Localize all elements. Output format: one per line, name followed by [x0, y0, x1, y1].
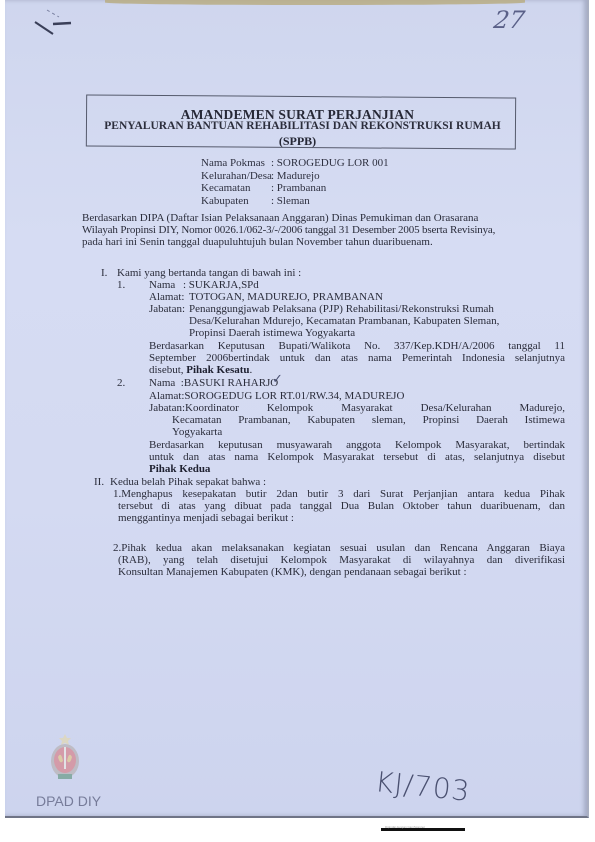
- party-1-name: : SUKARJA,SPd: [183, 279, 259, 292]
- party-2-name: Nama :BASUKI RAHARJO: [149, 377, 278, 390]
- agreement-item-1: menggantinya menjadi sebagai berikut :: [118, 512, 294, 525]
- party-2-basis: Berdasarkan keputusan musyawarah anggota…: [149, 439, 565, 452]
- party-1-name-label: Nama: [149, 279, 175, 292]
- agreement-item-1: 1.Menghapus kesepakatan butir 2dan butir…: [113, 488, 565, 501]
- agreement-item-2: (RAB), yang telah disetujui Kelompok Mas…: [118, 554, 565, 567]
- party-1-marker: 1.: [117, 279, 125, 292]
- party-2-position: Jabatan:Koordinator Kelompok Masyarakat …: [149, 402, 565, 415]
- party-2-basis: untuk dan atas nama Kelompok Masyarakat …: [149, 451, 565, 464]
- watermark-text: DPAD DIY: [36, 793, 101, 809]
- party-1-address: TOTOGAN, MADUREJO, PRAMBANAN: [189, 291, 383, 304]
- handwritten-page-number: 27: [492, 6, 526, 34]
- section-1-heading: Kami yang bertanda tangan di bawah ini :: [117, 267, 301, 280]
- party-2-basis: Pihak Kedua: [149, 463, 210, 476]
- document-subtitle: PENYALURAN BANTUAN REHABILITASI DAN REKO…: [0, 120, 595, 132]
- party-2-address: Alamat:SOROGEDUG LOR RT.01/RW.34, MADURE…: [149, 390, 404, 403]
- party-1-basis: Berdasarkan Keputusan Bupati/Walikota No…: [149, 340, 565, 353]
- section-2-marker: II.: [94, 476, 104, 489]
- handwritten-mark: [33, 8, 78, 38]
- party-1-position-label: Jabatan:: [149, 303, 185, 316]
- intro-line: Berdasarkan DIPA (Daftar Isian Pelaksana…: [82, 212, 566, 225]
- party-1-basis: September 2006bertindak untuk dan atas n…: [149, 352, 565, 365]
- pokmas-info: Nama Pokmas: SOROGEDUG LOR 001 Kelurahan…: [201, 157, 389, 207]
- party-2-position: Kecamatan Prambanan, Kabupaten sleman, P…: [172, 414, 565, 427]
- info-row: Kelurahan/Desa: Madurejo: [201, 170, 389, 183]
- party-2-marker: 2.: [117, 377, 125, 390]
- document-abbreviation: (SPPB): [0, 134, 595, 149]
- party-1-position: Propinsi Daerah istimewa Yogyakarta: [189, 327, 355, 340]
- intro-line: Wilayah Propinsi DIY, Nomor 0026.1/062-3…: [82, 224, 566, 237]
- intro-line: pada hari ini Senin tanggal duapuluhtuju…: [82, 236, 566, 249]
- info-row: Kecamatan: Prambanan: [201, 182, 389, 195]
- check-mark-icon: ✓: [272, 374, 283, 387]
- party-1-position: Desa/Kelurahan Mdurejo, Kecamatan Pramba…: [189, 315, 499, 328]
- agreement-item-2: 2.Pihak kedua akan melaksanakan kegiatan…: [113, 542, 565, 555]
- info-row: Kabupaten: Sleman: [201, 195, 389, 208]
- party-1-address-label: Alamat:: [149, 291, 184, 304]
- section-2-heading: Kedua belah Pihak sepakat bahwa :: [110, 476, 266, 489]
- folder-edge: [105, 0, 525, 5]
- info-row: Nama Pokmas: SOROGEDUG LOR 001: [201, 157, 389, 170]
- agreement-item-2: Konsultan Manajemen Kabupaten (KMK), den…: [118, 566, 467, 579]
- party-1-basis: disebut, Pihak Kesatu.: [149, 364, 252, 377]
- scanner-footer-text: Dipindai dengan CamScanner: [385, 825, 425, 829]
- agreement-item-1: tersebut di atas yang dibuat pada tangga…: [118, 500, 565, 513]
- party-2-position: Yogyakarta: [172, 426, 222, 439]
- daerah-istimewa-yogyakarta-emblem-icon: [48, 733, 82, 783]
- section-1-marker: I.: [101, 267, 107, 280]
- party-1-position: Penanggungjawab Pelaksana (PJP) Rehabili…: [189, 303, 494, 316]
